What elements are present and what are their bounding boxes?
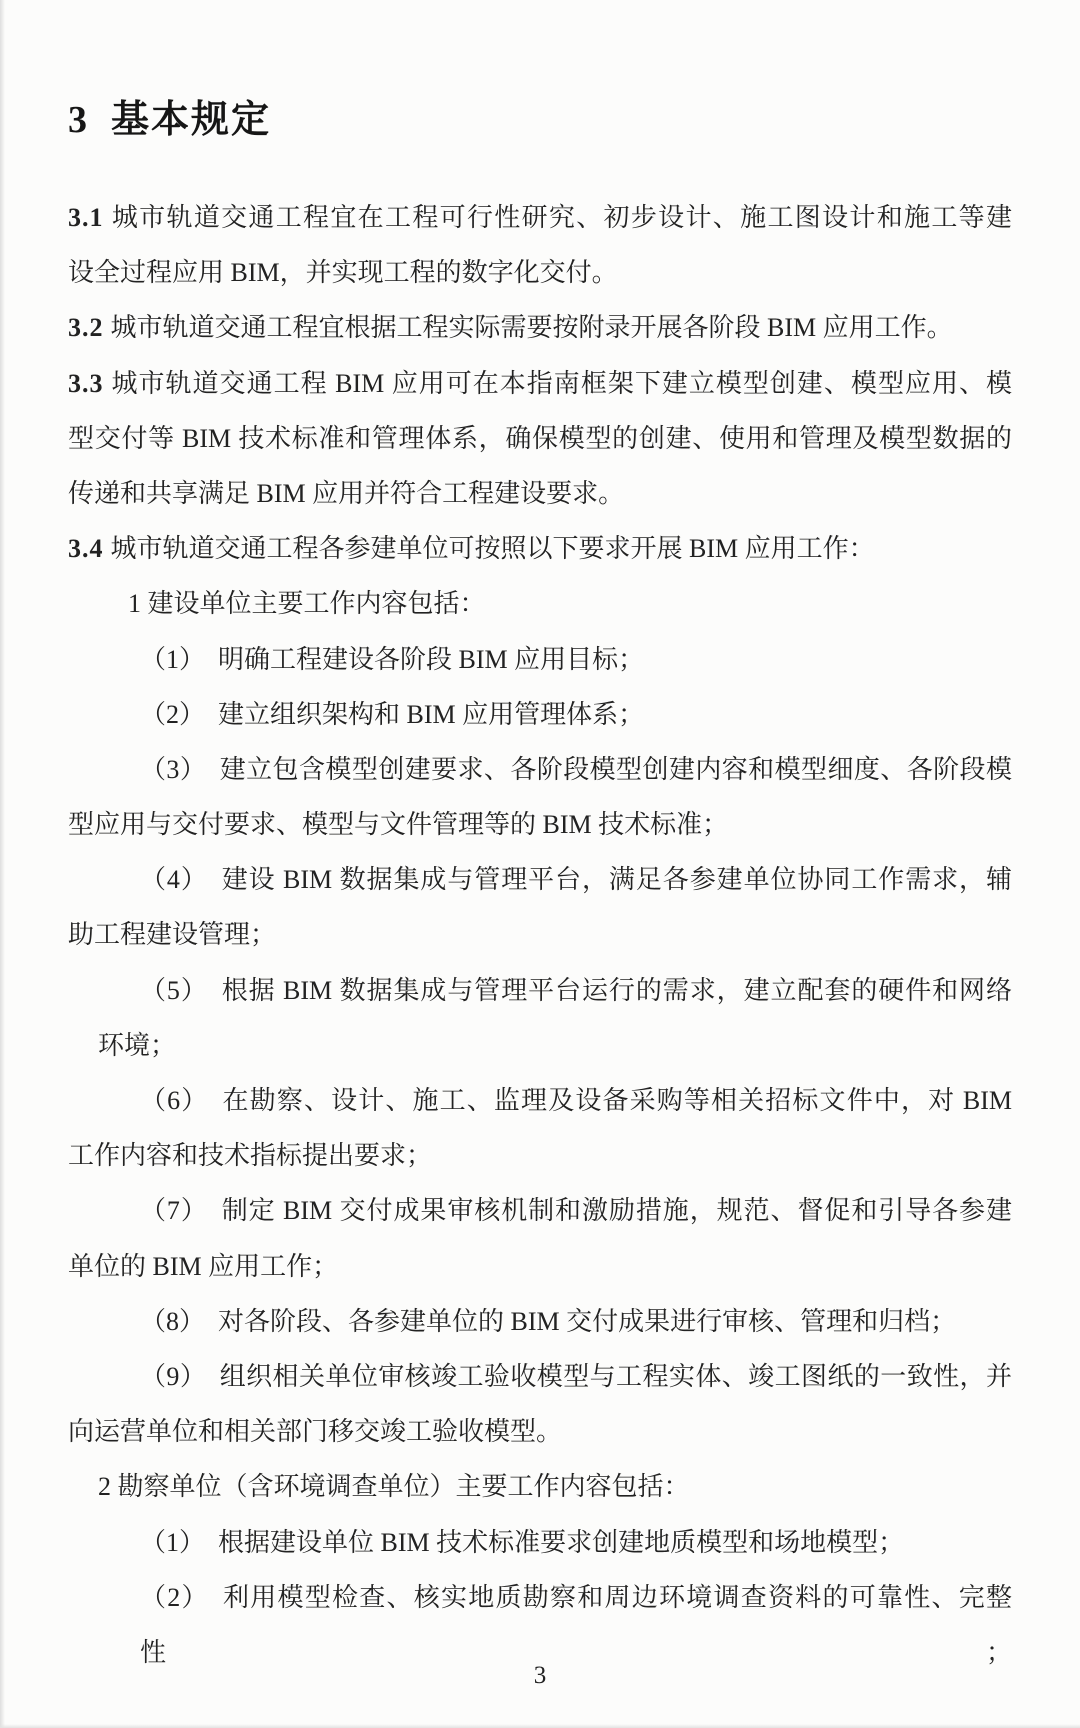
page-number: 3 — [0, 1662, 1080, 1690]
paragraph-line: 3.3城市轨道交通工程 BIM 应用可在本指南框架下建立模型创建、模型应用、模 — [68, 356, 1012, 411]
clause-text: 城市轨道交通工程 BIM 应用可在本指南框架下建立模型创建、模型应用、模 — [111, 369, 1013, 398]
paragraph-line: 设全过程应用 BIM，并实现工程的数字化交付。 — [68, 245, 1012, 300]
paragraph-line: （1） 根据建设单位 BIM 技术标准要求创建地质模型和场地模型； — [68, 1515, 1012, 1570]
chapter-number: 3 — [68, 99, 89, 141]
paragraph-line: （6） 在勘察、设计、施工、监理及设备采购等相关招标文件中，对 BIM — [68, 1073, 1012, 1128]
document-page: 3基本规定 3.1城市轨道交通工程宜在工程可行性研究、初步设计、施工图设计和施工… — [68, 0, 1012, 1625]
paragraph-line: 环境； — [68, 1018, 1012, 1073]
paragraph-line: 助工程建设管理； — [68, 907, 1012, 962]
paragraph-line: （9） 组织相关单位审核竣工验收模型与工程实体、竣工图纸的一致性，并 — [68, 1349, 1012, 1404]
paragraph-line: 1 建设单位主要工作内容包括： — [68, 576, 1012, 631]
clause-text: 城市轨道交通工程各参建单位可按照以下要求开展 BIM 应用工作： — [111, 534, 875, 563]
paragraph-line: 型交付等 BIM 技术标准和管理体系，确保模型的创建、使用和管理及模型数据的 — [68, 411, 1012, 466]
paragraph-line: （5） 根据 BIM 数据集成与管理平台运行的需求，建立配套的硬件和网络 — [68, 963, 1012, 1018]
paragraph-line: 3.2城市轨道交通工程宜根据工程实际需要按附录开展各阶段 BIM 应用工作。 — [68, 300, 1012, 355]
paragraph-line: 单位的 BIM 应用工作； — [68, 1239, 1012, 1294]
chapter-title: 3基本规定 — [68, 96, 1012, 144]
paragraph-line: （4） 建设 BIM 数据集成与管理平台，满足各参建单位协同工作需求，辅 — [68, 852, 1012, 907]
document-body: 3.1城市轨道交通工程宜在工程可行性研究、初步设计、施工图设计和施工等建设全过程… — [68, 190, 1012, 1625]
paragraph-line: （3） 建立包含模型创建要求、各阶段模型创建内容和模型细度、各阶段模 — [68, 742, 1012, 797]
paragraph-line: 2 勘察单位（含环境调查单位）主要工作内容包括： — [68, 1459, 1012, 1514]
paragraph-line: 3.1城市轨道交通工程宜在工程可行性研究、初步设计、施工图设计和施工等建 — [68, 190, 1012, 245]
paragraph-line: （2） 利用模型检查、核实地质勘察和周边环境调查资料的可靠性、完整性； — [68, 1570, 1012, 1625]
paragraph-line: 工作内容和技术指标提出要求； — [68, 1128, 1012, 1183]
paragraph-line: （1） 明确工程建设各阶段 BIM 应用目标； — [68, 632, 1012, 687]
scan-edge-left — [0, 0, 5, 1728]
scan-edge-bottom — [0, 1724, 1080, 1728]
paragraph-line: 3.4城市轨道交通工程各参建单位可按照以下要求开展 BIM 应用工作： — [68, 521, 1012, 576]
paragraph-line: 向运营单位和相关部门移交竣工验收模型。 — [68, 1404, 1012, 1459]
clause-number: 3.2 — [68, 313, 104, 342]
clause-text: 城市轨道交通工程宜根据工程实际需要按附录开展各阶段 BIM 应用工作。 — [111, 313, 953, 342]
clause-number: 3.4 — [68, 534, 104, 563]
clause-number: 3.1 — [68, 203, 104, 232]
paragraph-line: 传递和共享满足 BIM 应用并符合工程建设要求。 — [68, 466, 1012, 521]
clause-number: 3.3 — [68, 369, 104, 398]
paragraph-line: （8） 对各阶段、各参建单位的 BIM 交付成果进行审核、管理和归档； — [68, 1294, 1012, 1349]
clause-text: 城市轨道交通工程宜在工程可行性研究、初步设计、施工图设计和施工等建 — [111, 203, 1013, 232]
paragraph-line: （7） 制定 BIM 交付成果审核机制和激励措施，规范、督促和引导各参建 — [68, 1183, 1012, 1238]
paragraph-line: 型应用与交付要求、模型与文件管理等的 BIM 技术标准； — [68, 797, 1012, 852]
paragraph-line: （2） 建立组织架构和 BIM 应用管理体系； — [68, 687, 1012, 742]
chapter-title-text: 基本规定 — [111, 99, 271, 141]
